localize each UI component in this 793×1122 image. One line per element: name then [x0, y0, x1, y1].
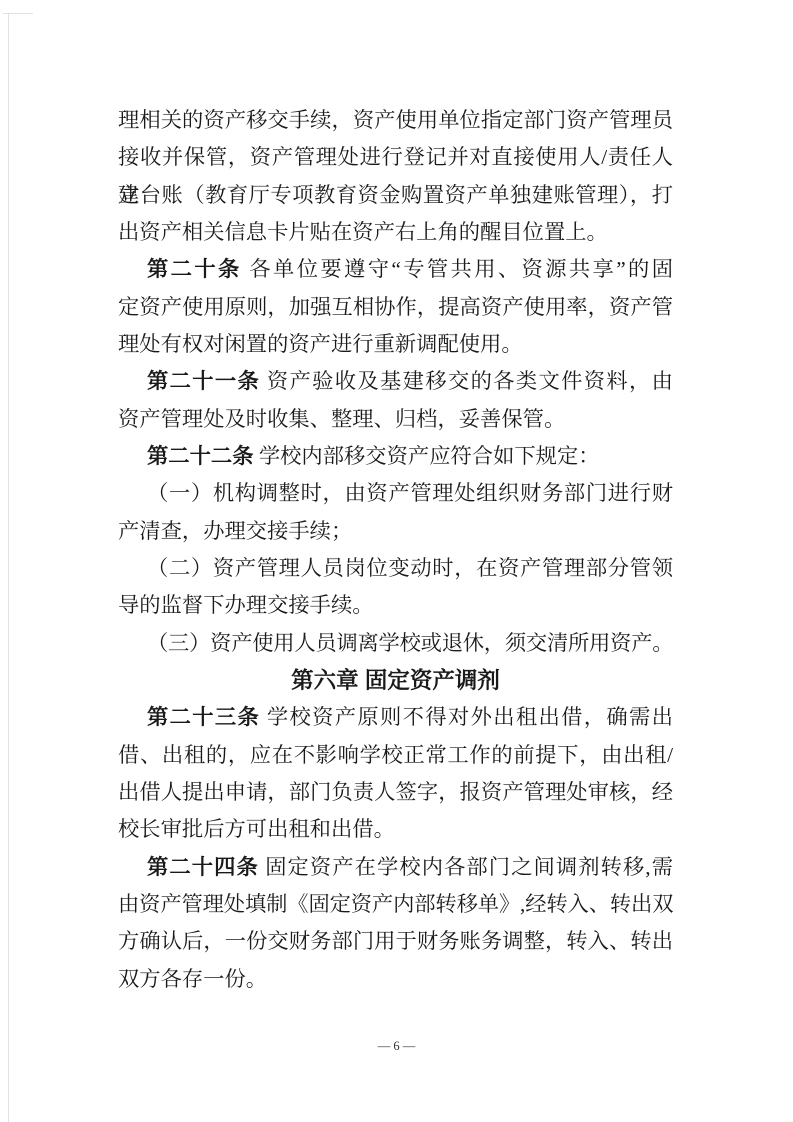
text-line: 产清查，办理交接手续；: [118, 513, 673, 550]
article-number: 第二十三条: [147, 705, 260, 729]
text-segment: 方确认后，一份交财务部门用于财务账务调整，转入、转出: [118, 929, 673, 953]
text-segment: 出借人提出申请，部门负责人签字，报资产管理处审核，经: [118, 780, 673, 804]
text-line: 定资产使用原则，加强互相协作，提高资产使用率，资产管: [118, 289, 673, 326]
text-line: （二）资产管理人员岗位变动时，在资产管理部分管领: [118, 550, 673, 587]
article-number: 第二十一条: [147, 369, 260, 393]
text-line: 校长审批后方可出租和出借。: [118, 811, 673, 848]
text-segment: 固定资产在学校内各部门之间调剂转移,需: [259, 855, 673, 879]
text-segment: 校长审批后方可出租和出借。: [118, 817, 395, 841]
text-segment: 由资产管理处填制《固定资产内部转移单》,经转入、转出双: [118, 892, 673, 916]
text-line: 由资产管理处填制《固定资产内部转移单》,经转入、转出双: [118, 886, 673, 923]
document-body: 理相关的资产移交手续，资产使用单位指定部门资产管理员接收并保管，资产管理处进行登…: [118, 102, 673, 998]
chapter-heading: 第六章 固定资产调剂: [118, 662, 673, 699]
text-line: 借、出租的，应在不影响学校正常工作的前提下，由出租/: [118, 737, 673, 774]
text-segment: 定资产使用原则，加强互相协作，提高资产使用率，资产管: [118, 295, 673, 319]
article-number: 第二十四条: [147, 855, 259, 879]
article-number: 第二十条: [147, 257, 242, 281]
text-segment: 学校资产原则不得对外出租出借，确需出: [260, 705, 673, 729]
chapter-heading-text: 第六章 固定资产调剂: [291, 668, 500, 693]
text-line: 第二十一条 资产验收及基建移交的各类文件资料，由: [118, 363, 673, 400]
text-line: 资产管理处及时收集、整理、归档，妥善保管。: [118, 401, 673, 438]
text-segment: 产清查，办理交接手续；: [118, 519, 352, 543]
article-number: 第二十二条: [147, 444, 254, 468]
text-segment: （一）机构调整时，由资产管理处组织财务部门进行财: [147, 481, 673, 505]
text-line: 立台账（教育厅专项教育资金购置资产单独建账管理），打: [118, 177, 673, 214]
text-segment: 导的监督下办理交接手续。: [118, 593, 374, 617]
page-footer: — 6 —: [0, 1039, 793, 1054]
text-line: 出资产相关信息卡片贴在资产右上角的醒目位置上。: [118, 214, 673, 251]
text-line: 理相关的资产移交手续，资产使用单位指定部门资产管理员: [118, 102, 673, 139]
scan-edge-vertical-line: [8, 13, 9, 1122]
text-segment: （二）资产管理人员岗位变动时，在资产管理部分管领: [147, 556, 673, 580]
text-line: 第二十三条 学校资产原则不得对外出租出借，确需出: [118, 699, 673, 736]
text-line: 导的监督下办理交接手续。: [118, 587, 673, 624]
text-line: 出借人提出申请，部门负责人签字，报资产管理处审核，经: [118, 774, 673, 811]
text-line: 第二十四条 固定资产在学校内各部门之间调剂转移,需: [118, 849, 673, 886]
text-line: 接收并保管，资产管理处进行登记并对直接使用人/责任人建: [118, 139, 673, 176]
text-line: （三）资产使用人员调离学校或退休，须交清所用资产。: [118, 625, 673, 662]
text-segment: 理相关的资产移交手续，资产使用单位指定部门资产管理员: [118, 108, 673, 132]
text-segment: 双方各存一份。: [118, 967, 267, 991]
text-line: 双方各存一份。: [118, 961, 673, 998]
text-segment: 资产管理处及时收集、整理、归档，妥善保管。: [118, 407, 565, 431]
scan-edge-horizontal-line: [3, 13, 33, 14]
page-number: — 6 —: [378, 1039, 416, 1053]
text-segment: 资产验收及基建移交的各类文件资料，由: [260, 369, 673, 393]
text-segment: 理处有权对闲置的资产进行重新调配使用。: [118, 332, 523, 356]
text-line: 第二十二条 学校内部移交资产应符合如下规定：: [118, 438, 673, 475]
text-line: （一）机构调整时，由资产管理处组织财务部门进行财: [118, 475, 673, 512]
text-segment: 各单位要遵守“专管共用、资源共享”的固: [242, 257, 673, 281]
text-line: 第二十条 各单位要遵守“专管共用、资源共享”的固: [118, 251, 673, 288]
text-segment: 借、出租的，应在不影响学校正常工作的前提下，由出租/: [118, 743, 673, 767]
document-page: 理相关的资产移交手续，资产使用单位指定部门资产管理员接收并保管，资产管理处进行登…: [0, 0, 793, 1122]
text-segment: 学校内部移交资产应符合如下规定：: [254, 444, 600, 468]
text-line: 理处有权对闲置的资产进行重新调配使用。: [118, 326, 673, 363]
text-segment: （三）资产使用人员调离学校或退休，须交清所用资产。: [147, 631, 673, 655]
text-line: 方确认后，一份交财务部门用于财务账务调整，转入、转出: [118, 923, 673, 960]
text-segment: 立台账（教育厅专项教育资金购置资产单独建账管理），打: [118, 183, 673, 207]
text-segment: 出资产相关信息卡片贴在资产右上角的醒目位置上。: [118, 220, 608, 244]
